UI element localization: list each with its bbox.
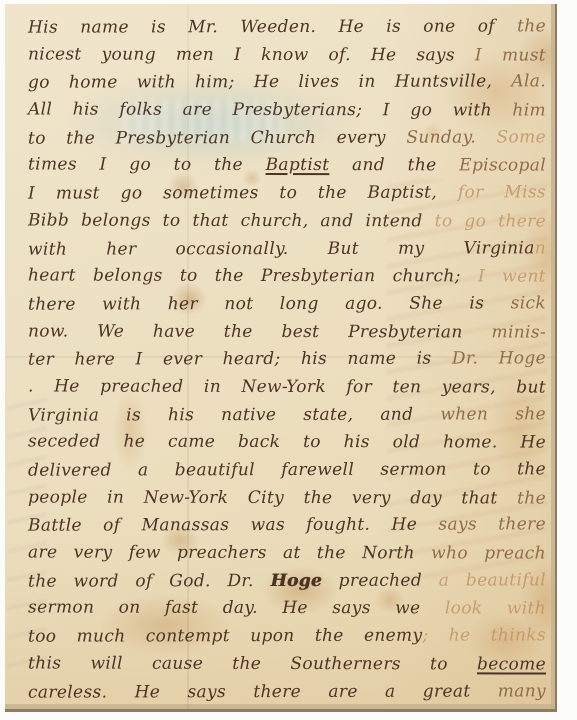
letter-segment: Sunday. [406, 127, 496, 147]
letter-line: Battle of Manassas was fought. He says t… [28, 512, 546, 541]
letter-line: His name is Mr. Weeden. He is one of the [28, 13, 546, 42]
letter-segment: to the Presbyterian Church every [28, 127, 406, 148]
letter-line: sermon on fast day. He says we look with [28, 595, 546, 624]
letter-line: there with her not long ago. She is sick [28, 290, 546, 319]
letter-segment: ; he thinks [422, 625, 546, 645]
letter-segment: too much contempt upon the enemy [28, 626, 423, 647]
letter-segment: with her occasionally. But my [28, 238, 464, 259]
letter-segment: times I go to the [28, 155, 266, 175]
letter-line: now. We have the best Presbyterian minis… [28, 318, 546, 347]
letter-line: are very few preachers at the North who … [28, 540, 546, 569]
letter-segment: All his folks are Presbyterians; I go wi… [28, 100, 512, 121]
letter-segment: Battle of Manassas was fought. He [28, 515, 438, 536]
letter-line: with her occasionally. But my Virginian [28, 235, 546, 264]
letter-line: nicest young men I know of. He says I mu… [28, 41, 546, 70]
letter-segment: Dr. Hoge [452, 349, 546, 369]
letter-segment: heart belongs to the Presbyterian church… [28, 266, 478, 287]
letter-line: Virginia is his native state, and when s… [28, 401, 546, 430]
letter-segment: . He preached in New-York for ten years,… [28, 376, 546, 397]
letter-line: to the Presbyterian Church every Sunday.… [28, 124, 546, 153]
letter-segment: Baptist [266, 155, 330, 175]
letter-line: people in New-York City the very day tha… [28, 484, 546, 513]
letter-segment: now. We have the best Presbyterian [28, 321, 492, 342]
letter-segment: the word of God. Dr. [28, 571, 271, 592]
letter-segment: go home with him; He lives in Huntsville… [28, 72, 511, 93]
letter-segment: minis- [491, 322, 546, 342]
letter-line: delivered a beautiful farewell sermon to… [28, 456, 546, 485]
letter-segment: a beautiful [439, 570, 546, 590]
letter-line: go home with him; He lives in Huntsville… [28, 69, 546, 98]
letter-segment: I must [475, 45, 546, 65]
letter-segment: this will cause the Southerners to [28, 653, 477, 674]
letter-line: times I go to the Baptist and the Episco… [28, 152, 546, 181]
letter-segment: when she [440, 404, 546, 424]
letter-line: this will cause the Southerners to becom… [28, 650, 546, 679]
letter-segment: ter here I ever heard; his name is [28, 349, 452, 370]
letter-line: . He preached in New-York for ten years,… [28, 373, 546, 402]
letter-segment: become [477, 654, 546, 674]
letter-line: I must go sometimes to the Baptist, for … [28, 179, 546, 208]
letter-segment: there with her not long ago. She is [28, 293, 511, 314]
letter-segment: sermon on fast day. He says we [28, 598, 445, 619]
letter-segment: careless. He says there are a great [28, 681, 498, 702]
letter-segment: I went [478, 267, 546, 287]
letter-line: ter here I ever heard; his name is Dr. H… [28, 346, 546, 375]
letter-segment: seceded he came back to his old home. He [28, 432, 546, 453]
letter-segment: many [498, 681, 546, 701]
letter-line: Bibb belongs to that church, and intend … [28, 207, 546, 236]
letter-segment: Virginia is his native state, and [28, 404, 440, 425]
letter-page: His name is Mr. Weeden. He is one of the… [5, 4, 557, 712]
letter-segment: preached [322, 570, 439, 590]
letter-segment: look with [445, 599, 546, 619]
letter-segment: Hoge [270, 571, 322, 591]
letter-segment: Ala. [511, 72, 546, 92]
letter-segment: to go there [435, 211, 546, 231]
letter-segment: delivered a beautiful farewell sermon to… [28, 459, 546, 480]
letter-scan: His name is Mr. Weeden. He is one of the… [0, 0, 577, 720]
letter-line: the word of God. Dr. Hoge preached a bea… [28, 567, 546, 596]
letter-segment: people in New-York City the very day tha… [28, 487, 517, 508]
letter-segment: for Miss [458, 182, 546, 202]
letter-segment: the [517, 16, 546, 36]
letter-segment: sick [511, 293, 546, 313]
letter-segment: the [517, 488, 546, 508]
letter-segment: are very few preachers at the North [28, 543, 431, 564]
letter-segment: Episcopal [459, 156, 546, 176]
letter-segment: I must go sometimes to the Baptist, [28, 183, 458, 204]
letter-line: All his folks are Presbyterians; I go wi… [28, 97, 546, 126]
letter-segment: nicest young men I know of. He says [28, 44, 475, 65]
letter-line: careless. He says there are a great many [28, 678, 546, 707]
letter-segment: and the [329, 156, 459, 176]
letter-line: heart belongs to the Presbyterian church… [28, 263, 546, 292]
letter-segment: His name is Mr. Weeden. He is one of [28, 16, 517, 37]
letter-line: too much contempt upon the enemy; he thi… [28, 622, 546, 651]
letter-text: His name is Mr. Weeden. He is one of the… [28, 14, 546, 706]
letter-line: seceded he came back to his old home. He [28, 429, 546, 458]
letter-segment: n [535, 238, 546, 258]
letter-segment: Bibb belongs to that church, and intend [28, 210, 435, 231]
letter-segment: Some [497, 127, 547, 147]
letter-segment: who preach [431, 543, 546, 563]
letter-segment: says there [438, 515, 546, 535]
letter-segment: him [512, 101, 546, 121]
letter-segment: Virginia [463, 238, 534, 258]
